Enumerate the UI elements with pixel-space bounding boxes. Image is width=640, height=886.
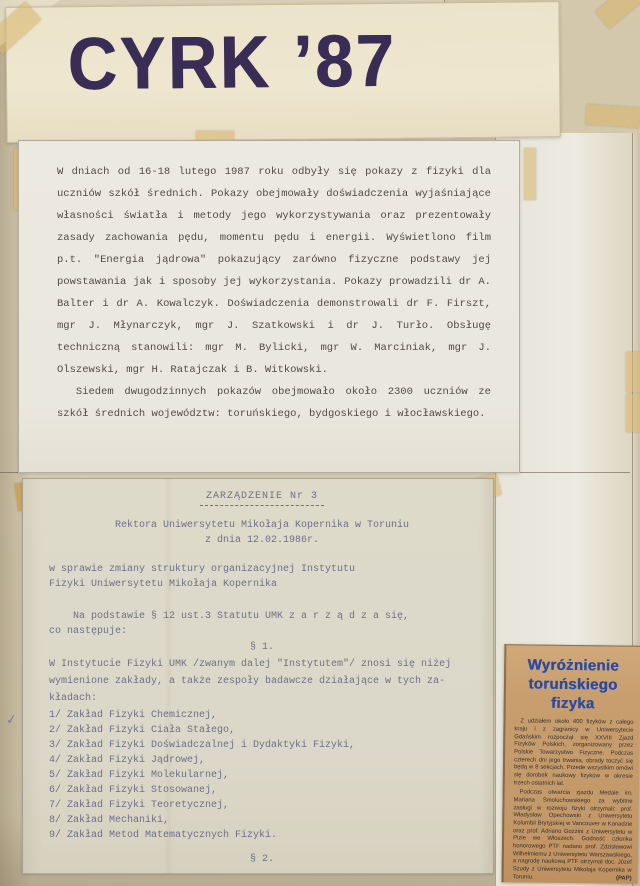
ordinance-text: ZARZĄDZENIE Nr 3 Rektora Uniwersytetu Mi… bbox=[23, 479, 493, 867]
title-text: CYRK ’87 bbox=[6, 3, 515, 107]
department-item: 3/ Zakład Fizyki Doświadczalnej i Dydakt… bbox=[49, 738, 475, 753]
clipping-paragraph: Podczas otwarcia zjazdu Medale im. Maria… bbox=[513, 790, 633, 884]
ordinance-subject-line: Fizyki Uniwersytetu Mikołaja Kopernika bbox=[49, 577, 475, 592]
department-item: 7/ Zakład Fizyki Teoretycznej, bbox=[49, 798, 475, 813]
report-paragraph: W dniach od 16-18 lutego 1987 roku odbył… bbox=[57, 161, 491, 381]
report-paragraph: Siedem dwugodzinnych pokazów obejmowało … bbox=[57, 381, 491, 425]
department-item: 2/ Zakład Fizyki Ciała Stałego, bbox=[49, 723, 475, 738]
tape-strip bbox=[626, 352, 640, 392]
checkmark-annotation: ✓ bbox=[6, 712, 17, 728]
tape-strip bbox=[524, 148, 536, 200]
section-1-label: § 1. bbox=[49, 640, 475, 655]
ordinance-basis-line: co następuje: bbox=[49, 624, 475, 639]
ordinance-basis-line: Na podstawie § 12 ust.3 Statutu UMK z a … bbox=[49, 609, 475, 624]
department-item: 9/ Zakład Metod Matematycznych Fizyki. bbox=[49, 828, 475, 843]
tape-strip bbox=[585, 104, 640, 128]
ordinance-heading: ZARZĄDZENIE Nr 3 bbox=[200, 489, 324, 506]
department-list: 1/ Zakład Fizyki Chemicznej, 2/ Zakład F… bbox=[49, 708, 475, 843]
report-text: W dniach od 16-18 lutego 1987 roku odbył… bbox=[19, 141, 519, 425]
clipping-paragraph: Z udziałem około 400 fizyków z całego kr… bbox=[514, 719, 634, 789]
clipping-paragraph-text: Podczas otwarcia zjazdu Medale im. Maria… bbox=[513, 790, 633, 881]
physics-report-paper: W dniach od 16-18 lutego 1987 roku odbył… bbox=[18, 140, 520, 473]
ordinance-addressee: Rektora Uniwersytetu Mikołaja Kopernika … bbox=[49, 518, 475, 533]
newspaper-clipping: Wyróżnienie toruńskiego fizyka Z udziałe… bbox=[502, 644, 640, 884]
ordinance-body-line: wymienione zakłady, a także zespoły bada… bbox=[49, 674, 475, 689]
department-item: 8/ Zakład Mechaniki, bbox=[49, 813, 475, 828]
clipping-headline: Wyróżnienie toruńskiego fizyka bbox=[514, 656, 633, 714]
department-item: 4/ Zakład Fizyki Jądrowej, bbox=[49, 753, 475, 768]
title-banner-paper: CYRK ’87 bbox=[5, 1, 560, 143]
clipping-source: (PAP) bbox=[610, 875, 632, 883]
department-item: 6/ Zakład Fizyki Stosowanej, bbox=[49, 783, 475, 798]
department-item: 1/ Zakład Fizyki Chemicznej, bbox=[49, 708, 475, 723]
department-item: 5/ Zakład Fizyki Molekularnej, bbox=[49, 768, 475, 783]
album-page: CYRK ’87 W dniach od 16-18 lutego 1987 r… bbox=[0, 0, 640, 886]
ordinance-date: z dnia 12.02.1986r. bbox=[49, 533, 475, 548]
clipping-body: Z udziałem około 400 fizyków z całego kr… bbox=[513, 719, 634, 884]
ordinance-body-line: kładach: bbox=[49, 691, 475, 706]
tape-strip bbox=[626, 394, 640, 432]
section-2-label: § 2. bbox=[49, 852, 475, 867]
ordinance-paper: ✓ ZARZĄDZENIE Nr 3 Rektora Uniwersytetu … bbox=[22, 478, 494, 874]
ordinance-body-line: W Instytucie Fizyki UMK /zwanym dalej "I… bbox=[49, 657, 475, 672]
ordinance-subject-line: w sprawie zmiany struktury organizacyjne… bbox=[49, 562, 475, 577]
